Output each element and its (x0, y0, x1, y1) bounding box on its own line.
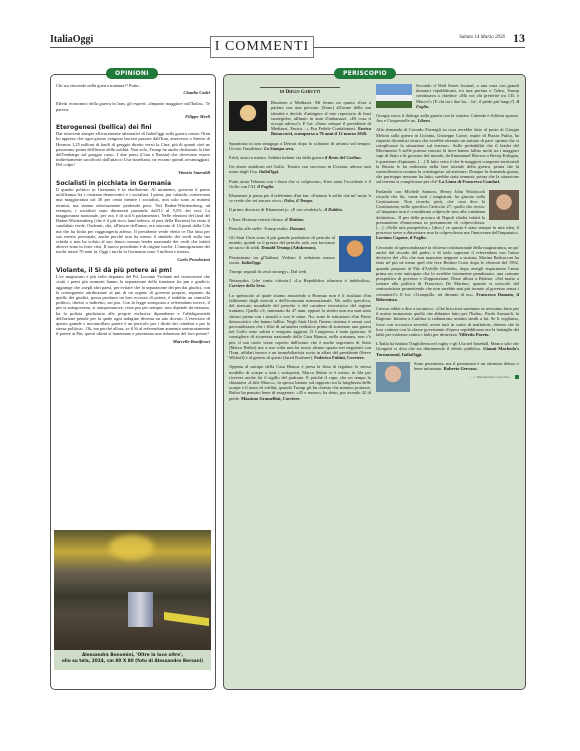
item-text: Sparatoria in una sinagoga a Detroit dop… (229, 141, 371, 151)
item-source: Vilfredo Pareto. (459, 332, 490, 337)
periscopio-item: Netanyahu, [che canta vittoria:] «La Rep… (229, 278, 371, 288)
opinioni-box: OPINIONI Chi sta vincendo nella guerra i… (50, 74, 216, 690)
letter-author: Claudio Cadei (56, 90, 210, 95)
letter-text: Effetti economici della guerra in Iran, … (56, 101, 210, 111)
item-source: il Mattino. (285, 217, 305, 222)
periscopio-item: Parlando con Michele Santoro, Henry John… (376, 189, 519, 241)
periscopio-label: PERISCOPIO (334, 68, 396, 79)
item-text: Riunione a Mediaset. Mi fermo un quarto … (271, 100, 371, 131)
item-source: Roberto Gervaso. (444, 366, 478, 371)
caption-line: olio su tela, 2024, cm 80 X 80 (foto di … (54, 659, 211, 665)
periscopio-item: Cercando di spersonalizzare la riforma c… (376, 245, 519, 302)
letter-title: Eterogenesi (bellica) dei fini (56, 125, 210, 130)
periscopio-column-2: Secondo il Wall Street Journal, a una ce… (376, 83, 519, 393)
section-title: I COMMENTI (210, 36, 314, 58)
item-source: Federico Fubini, Corriere. (314, 355, 365, 360)
letter-author: Vittorio Smeraldi (56, 170, 210, 175)
item-text: Giorgia cerca il dialogo sulla guerra co… (376, 113, 519, 123)
painting-caption: Alessandra Bonomini, 'Oltre la luce oltr… (54, 650, 211, 670)
item-source: La Stampa sera. (264, 146, 294, 151)
trump-photo (339, 236, 371, 272)
periscopio-item: Riunione a Mediaset. Mi fermo un quarto … (229, 100, 371, 136)
periscopio-item: Gli Stati Uniti sono il più grande produ… (229, 235, 371, 251)
item-source: Corriere della Sera. (229, 283, 266, 288)
item-text: Il primo discorso di Khamenei jr: «E ora… (229, 207, 323, 212)
item-text: Erbil, attacco mirato. Soldati italiani … (229, 155, 324, 160)
item-source: Donald Trump (Adnkronos). (261, 245, 316, 250)
end-square-icon (515, 375, 519, 379)
item-text: Lo spettacolo al quale stiamo assistendo… (229, 293, 371, 360)
item-source: il Resto del Carlino. (325, 155, 362, 160)
white-house-photo (376, 84, 412, 108)
periscopio-item: L'Iran: Hormuz resterà chiuso. il Mattin… (229, 217, 371, 222)
periscopio-column-1: di Diego Gabutti Riunione a Mediaset. Mi… (229, 83, 371, 405)
item-source: ItaliaOggi. (242, 260, 262, 265)
item-source: Osho, il Tempo. (284, 198, 313, 203)
item-source: Libero. (418, 118, 431, 123)
periscopio-item: Giorgia cerca il dialogo sulla guerra co… (376, 113, 519, 123)
periscopio-item: Appena al satrapo della Casa Bianca è pr… (229, 364, 371, 400)
periscopio-box: PERISCOPIO di Diego Gabutti Riunione a M… (223, 74, 526, 690)
periscopio-item: Erbil, attacco mirato. Soldati italiani … (229, 155, 371, 160)
periscopio-item: Lo spettacolo al quale stiamo assistendo… (229, 293, 371, 361)
periscopio-item: Putin aiuta Teheran con i droni che ci c… (229, 179, 371, 189)
newspaper-logo: ItaliaOggi (50, 34, 93, 45)
issue-date: Sabato 14 Marzo 2026 (459, 35, 505, 40)
item-text: Un drone antidroni nel Golfo. Testato co… (229, 164, 371, 174)
painting-image (54, 530, 211, 650)
masthead: ItaliaOggi I COMMENTI Sabato 14 Marzo 20… (50, 28, 525, 58)
periscopio-item: Sono pessimista, ma il pessimista è un o… (376, 361, 519, 371)
item-text: Alla domanda di Corrado Formigli su cosa… (376, 127, 519, 184)
opinioni-label: OPINIONI (106, 68, 158, 79)
letter-author: Marcello Bonificaci (56, 339, 210, 344)
periscopio-item: Sparatoria in una sinagoga a Detroit dop… (229, 141, 371, 151)
woodcock-photo (489, 190, 519, 220)
painting-sky (109, 535, 154, 560)
letter-title: Violante, il Sì dà più potere ai pm! (56, 268, 210, 273)
newspaper-page: ItaliaOggi I COMMENTI Sabato 14 Marzo 20… (50, 28, 525, 58)
periscopio-item: Un drone antidroni nel Golfo. Testato co… (229, 164, 371, 174)
periscopio-item: Secondo il Wall Street Journal, a una ce… (376, 83, 519, 109)
item-text: Putin aiuta Teheran con i droni che ci c… (229, 179, 371, 189)
periscopio-item: Petrolio alle stelle: Trump esulta. Doma… (229, 226, 371, 231)
letter-text: L'ex magistrato e più volte deputato del… (56, 274, 210, 336)
letter-author: Carlo Prosdocimi (56, 257, 210, 262)
item-source: La Linea di Francesco Cundari. (439, 179, 500, 184)
letter-text: Dai resoconti sempre efficacemente alter… (56, 131, 210, 167)
gervaso-photo (376, 362, 410, 392)
portrait-photo (229, 101, 267, 131)
painting-pillar (128, 592, 153, 627)
periscopio-item: Il primo discorso di Khamenei jr: «E ora… (229, 207, 371, 212)
letter-title: Socialisti in picchiata in Germania (56, 181, 210, 186)
letter-text: Il quadro politico in Germania è in ebol… (56, 187, 210, 255)
item-source: il Dubbio. (324, 207, 343, 212)
periscopio-item: Cavour rebbe a dire a un amico: «Che bri… (376, 306, 519, 337)
letter-author: Filippo Merli (56, 114, 210, 119)
item-source: ItaliaOggi. (259, 169, 279, 174)
item-text: Cavour rebbe a dire a un amico: «Che bri… (376, 306, 519, 337)
item-text: Petrolio alle stelle: Trump esulta. (229, 226, 289, 231)
periscopio-item: L'Italia ha battuto l'Inghilterra nel ru… (376, 341, 519, 357)
item-source: Domani. (290, 226, 306, 231)
opinioni-column: Chi sta vincendo nella guerra iraniana?!… (56, 83, 210, 350)
item-source: Massimo Gramellini, Corriere. (241, 396, 300, 401)
item-source: Luciano Capone, il Foglio. (376, 235, 427, 240)
item-text: L'Iran: Hormuz resterà chiuso. (229, 217, 284, 222)
periscopio-item: Alla domanda di Corrado Formigli su cosa… (376, 127, 519, 184)
byline: di Diego Gabutti (260, 87, 340, 95)
page-number: 13 (513, 31, 525, 46)
item-source: il Foglio. (257, 184, 274, 189)
item-text: Trump: segnali di «exit strategy». Dal w… (229, 269, 307, 274)
painting-light-bar (164, 612, 209, 626)
letter-text: Chi sta vincendo nella guerra iraniana?!… (56, 83, 210, 88)
item-text: Cercando di spersonalizzare la riforma c… (376, 245, 519, 297)
copyright-note: — © Riproduzione riservata — (469, 375, 513, 379)
item-text: Secondo il Wall Street Journal, a una ce… (416, 83, 519, 104)
periscopio-item: Khamenei jr passa per il telefonino d'un… (229, 193, 371, 203)
